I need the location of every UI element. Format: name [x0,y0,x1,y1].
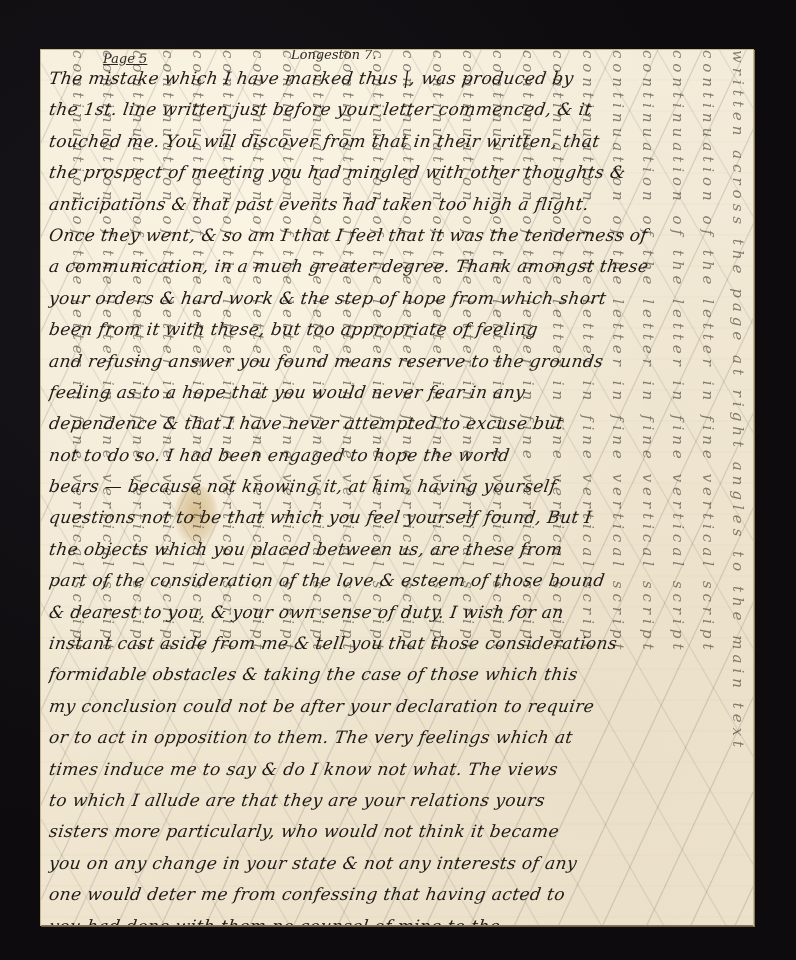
handwritten-line: to which I allude are that they are your… [47,786,751,817]
handwritten-line: bears — because not knowing it, at him, … [47,472,751,503]
handwritten-line: one would deter me from confessing that … [47,880,751,911]
handwritten-line: a communication, in a much greater degre… [47,252,751,283]
handwritten-line: the 1st. line written just before your l… [47,95,751,126]
handwritten-line: part of the consideration of the love & … [47,566,751,597]
handwritten-line: my conclusion could not be after your de… [47,692,751,723]
handwritten-line: questions not to be that which you feel … [47,503,751,534]
handwritten-line: anticipations & that past events had tak… [47,190,751,221]
handwritten-line: & dearest to you, & your own sense of du… [47,598,751,629]
handwritten-line: Once they went, & so am I that I feel th… [47,221,751,252]
handwritten-line: times induce me to say & do I know not w… [47,755,751,786]
handwritten-line: and refusing answer you found means rese… [47,347,751,378]
handwritten-line: the objects which you placed between us,… [47,535,751,566]
handwritten-line: feeling as to a hope that you would neve… [47,378,751,409]
header-note: Longeston 7. [291,50,376,63]
handwritten-line: touched me. You will discover from that … [47,127,751,158]
handwritten-line: the prospect of meeting you had mingled … [47,158,751,189]
handwritten-line: you had done with them no counsel of min… [47,912,751,925]
handwritten-line: been from it with these, but too appropr… [47,315,751,346]
handwritten-line: or to act in opposition to them. The ver… [47,723,751,754]
handwritten-line: instant cast aside from me & tell you th… [47,629,751,660]
handwritten-line: your orders & hard work & the step of ho… [47,284,751,315]
handwritten-lines: The mistake which I have marked thus |, … [49,64,749,925]
page-bottom-edge [41,925,753,927]
handwritten-line: formidable obstacles & taking the case o… [47,660,751,691]
handwritten-line: sisters more particularly, who would not… [47,817,751,848]
handwritten-line: you on any change in your state & not an… [47,849,751,880]
handwritten-line: dependence & that I have never attempted… [47,409,751,440]
handwritten-line: The mistake which I have marked thus |, … [47,64,751,95]
letter-page: written across the page at right angles … [41,50,753,925]
handwritten-line: not to do so. I had been engaged to hope… [47,441,751,472]
